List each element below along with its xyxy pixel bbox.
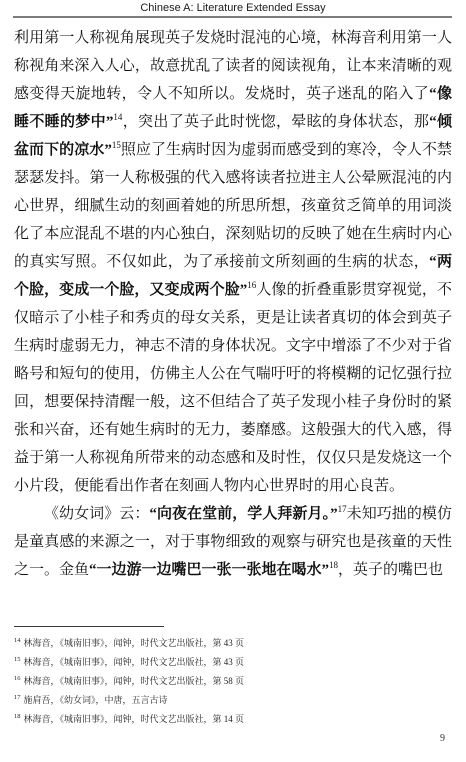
body-run: ，英子的嘴巴也: [338, 562, 443, 578]
body-run: 人像的折叠重影贯穿视觉，不仅暗示了小桂子和秀贞的母女关系，更是让读者真切的体会到…: [14, 282, 452, 494]
footnote-number: 17: [14, 694, 21, 701]
paragraph: 利用第一人称视角展现英子发烧时混沌的心境，林海音利用第一人称视角来深入人心，故意…: [14, 24, 452, 500]
footnote-item: 18林海音，《城南旧事》，闻钟，时代文艺出版社，第 14 页: [14, 710, 452, 729]
page-header-title: Chinese A: Literature Extended Essay: [0, 1, 466, 16]
footnote-separator: [14, 626, 164, 627]
footnote-item: 15林海音，《城南旧事》，闻钟，时代文艺出版社，第 43 页: [14, 653, 452, 672]
footnote-number: 15: [14, 656, 21, 663]
footnote-item: 14林海音，《城南旧事》，闻钟，时代文艺出版社，第 43 页: [14, 634, 452, 653]
footnote-reference: 15: [112, 140, 121, 150]
body-run: 《幼女词》云：: [44, 506, 149, 522]
footnote-number: 16: [14, 675, 21, 682]
footnote-reference: 17: [338, 504, 347, 514]
footnote-number: 18: [14, 713, 21, 720]
footnote-text: 林海音，《城南旧事》，闻钟，时代文艺出版社，第 43 页: [24, 638, 245, 648]
page-number: 9: [440, 733, 445, 744]
header-rule: [13, 16, 452, 18]
footnote-reference: 18: [329, 560, 338, 570]
body-run: ，突出了英子此时恍惚，晕眩的身体状态，那: [122, 114, 429, 130]
document-page: Chinese A: Literature Extended Essay 利用第…: [0, 0, 466, 762]
body-run: 利用第一人称视角展现英子发烧时混沌的心境，林海音利用第一人称视角来深入人心，故意…: [14, 30, 452, 102]
footnote-text: 林海音，《城南旧事》，闻钟，时代文艺出版社，第 14 页: [24, 714, 245, 724]
paragraph: 《幼女词》云：“向夜在堂前，学人拜新月。”17未知巧拙的模仿是童真感的来源之一，…: [14, 500, 452, 584]
footnote-section: 14林海音，《城南旧事》，闻钟，时代文艺出版社，第 43 页15林海音，《城南旧…: [14, 626, 452, 729]
footnote-list: 14林海音，《城南旧事》，闻钟，时代文艺出版社，第 43 页15林海音，《城南旧…: [14, 634, 452, 729]
bold-quotation: “向夜在堂前，学人拜新月。”: [149, 506, 337, 522]
body-text: 利用第一人称视角展现英子发烧时混沌的心境，林海音利用第一人称视角来深入人心，故意…: [14, 24, 452, 584]
footnote-item: 16林海音，《城南旧事》，闻钟，时代文艺出版社，第 58 页: [14, 672, 452, 691]
footnote-item: 17施肩吾，《幼女词》，中唐，五言古诗: [14, 691, 452, 710]
footnote-text: 林海音，《城南旧事》，闻钟，时代文艺出版社，第 58 页: [24, 676, 245, 686]
bold-quotation: “一边游一边嘴巴一张一张地在喝水”: [89, 562, 329, 578]
body-run: 照应了生病时因为虚弱而感受到的寒冷，令人不禁瑟瑟发抖。第一人称极强的代入感将读者…: [14, 142, 452, 270]
footnote-text: 林海音，《城南旧事》，闻钟，时代文艺出版社，第 43 页: [24, 657, 245, 667]
footnote-reference: 16: [247, 280, 256, 290]
footnote-text: 施肩吾，《幼女词》，中唐，五言古诗: [24, 695, 168, 705]
footnote-number: 14: [14, 637, 21, 644]
